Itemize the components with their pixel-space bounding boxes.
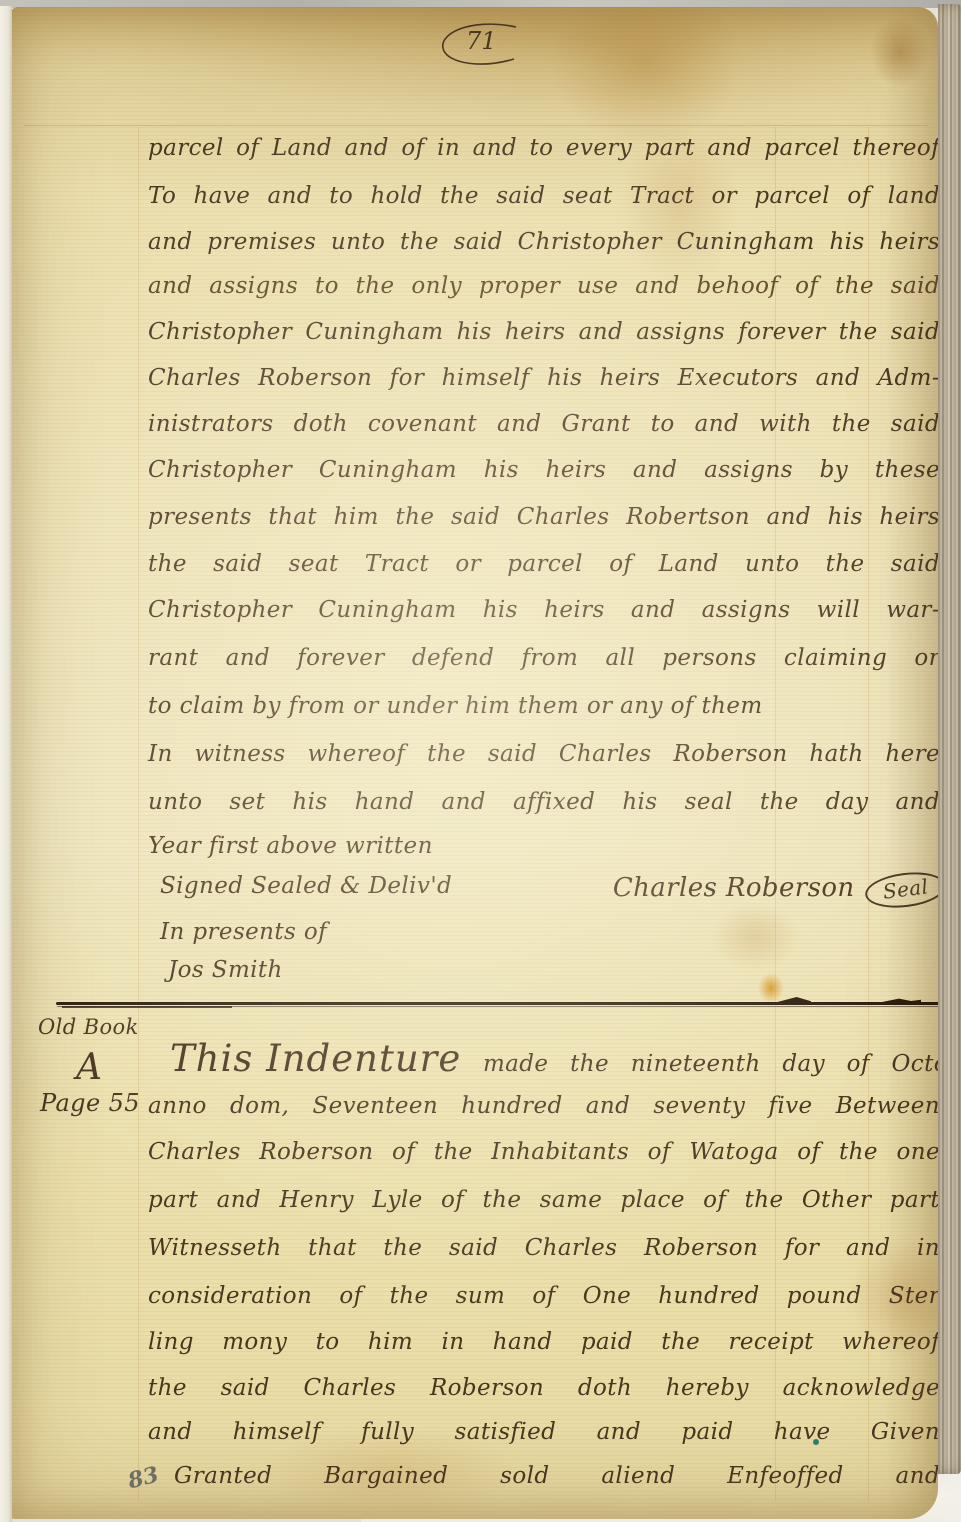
stain: [870, 17, 930, 87]
deed-line: inistrators doth covenant and Grant to a…: [148, 411, 938, 437]
deed-line: part and Henry Lyle of the same place of…: [148, 1187, 938, 1213]
deed-line: and premises unto the said Christopher C…: [148, 229, 938, 255]
margin-rule-left: [138, 127, 139, 1501]
deed-line: and himself fully satisfied and paid hav…: [148, 1419, 938, 1445]
margin-note-old-book: Old Book: [38, 1015, 139, 1039]
deed-line: Christopher Cuningham his heirs and assi…: [148, 319, 938, 345]
stain: [710, 902, 800, 972]
deed-line: Charles Roberson of the Inhabitants of W…: [148, 1139, 938, 1165]
margin-note-letter: A: [76, 1047, 102, 1088]
attestation-text: Signed Sealed & Deliv'd: [160, 873, 452, 899]
deed-line: Granted Bargained sold aliend Enfeoffed …: [148, 1463, 938, 1489]
deed-line: anno dom, Seventeen hundred and seventy …: [148, 1093, 938, 1119]
deed-line: presents that him the said Charles Rober…: [148, 504, 938, 530]
page-number: 71: [428, 21, 538, 77]
stain: [550, 7, 740, 147]
ink-blot: [775, 997, 811, 1004]
signer-name: Charles RobersonSeal: [613, 873, 938, 907]
deed2-opening: This Indenture: [170, 1037, 461, 1080]
deed-line: to claim by from or under him them or an…: [148, 693, 938, 719]
signature-row: Signed Sealed & Deliv'd Charles Roberson…: [160, 873, 938, 907]
deed-line: Witnesseth that the said Charles Roberso…: [148, 1235, 938, 1261]
section-divider: [56, 1002, 938, 1005]
deed-line: Christopher Cuningham his heirs and assi…: [148, 597, 938, 623]
witness-intro: In presents of: [160, 919, 327, 945]
ink-blot: [881, 998, 921, 1004]
stain-orange: [758, 973, 784, 1003]
deed-paper: 71 parcel of Land and of in and to every…: [10, 7, 938, 1519]
divider-second-stroke: [62, 1006, 232, 1008]
deed-line: Charles Roberson for himself his heirs E…: [148, 365, 938, 391]
margin-note-page-ref: Page 55: [40, 1089, 140, 1117]
deed-line: consideration of the sum of One hundred …: [148, 1283, 938, 1309]
seal-mark: Seal: [863, 868, 938, 912]
deed-line: ling mony to him in hand paid the receip…: [148, 1329, 938, 1355]
deed-line: unto set his hand and affixed his seal t…: [148, 789, 938, 815]
deed-line: Year first above written: [148, 833, 938, 859]
ruled-line-horizontal: [24, 125, 928, 126]
deed2-opening-line: This Indenture made the nineteenth day o…: [170, 1037, 938, 1080]
scan-left-edge: [0, 6, 12, 1522]
deed-line: and assigns to the only proper use and b…: [148, 273, 938, 299]
scanned-deed-page: 71 parcel of Land and of in and to every…: [0, 0, 961, 1522]
deed-line: rant and forever defend from all persons…: [148, 645, 938, 671]
deed-line: parcel of Land and of in and to every pa…: [148, 135, 938, 161]
deed2-opening-rest: made the nineteenth day of October: [483, 1051, 938, 1077]
deed-line: the said seat Tract or parcel of Land un…: [148, 551, 938, 577]
book-fore-edge: [938, 4, 961, 1474]
signer-name-text: Charles Roberson: [613, 873, 855, 903]
witness-name: Jos Smith: [168, 957, 283, 983]
deed-line: the said Charles Roberson doth hereby ac…: [148, 1375, 938, 1401]
deed-line: Christopher Cuningham his heirs and assi…: [148, 457, 938, 483]
deed-line: To have and to hold the said seat Tract …: [148, 183, 938, 209]
page-number-text: 71: [466, 27, 497, 55]
deed-line: In witness whereof the said Charles Robe…: [148, 741, 938, 767]
